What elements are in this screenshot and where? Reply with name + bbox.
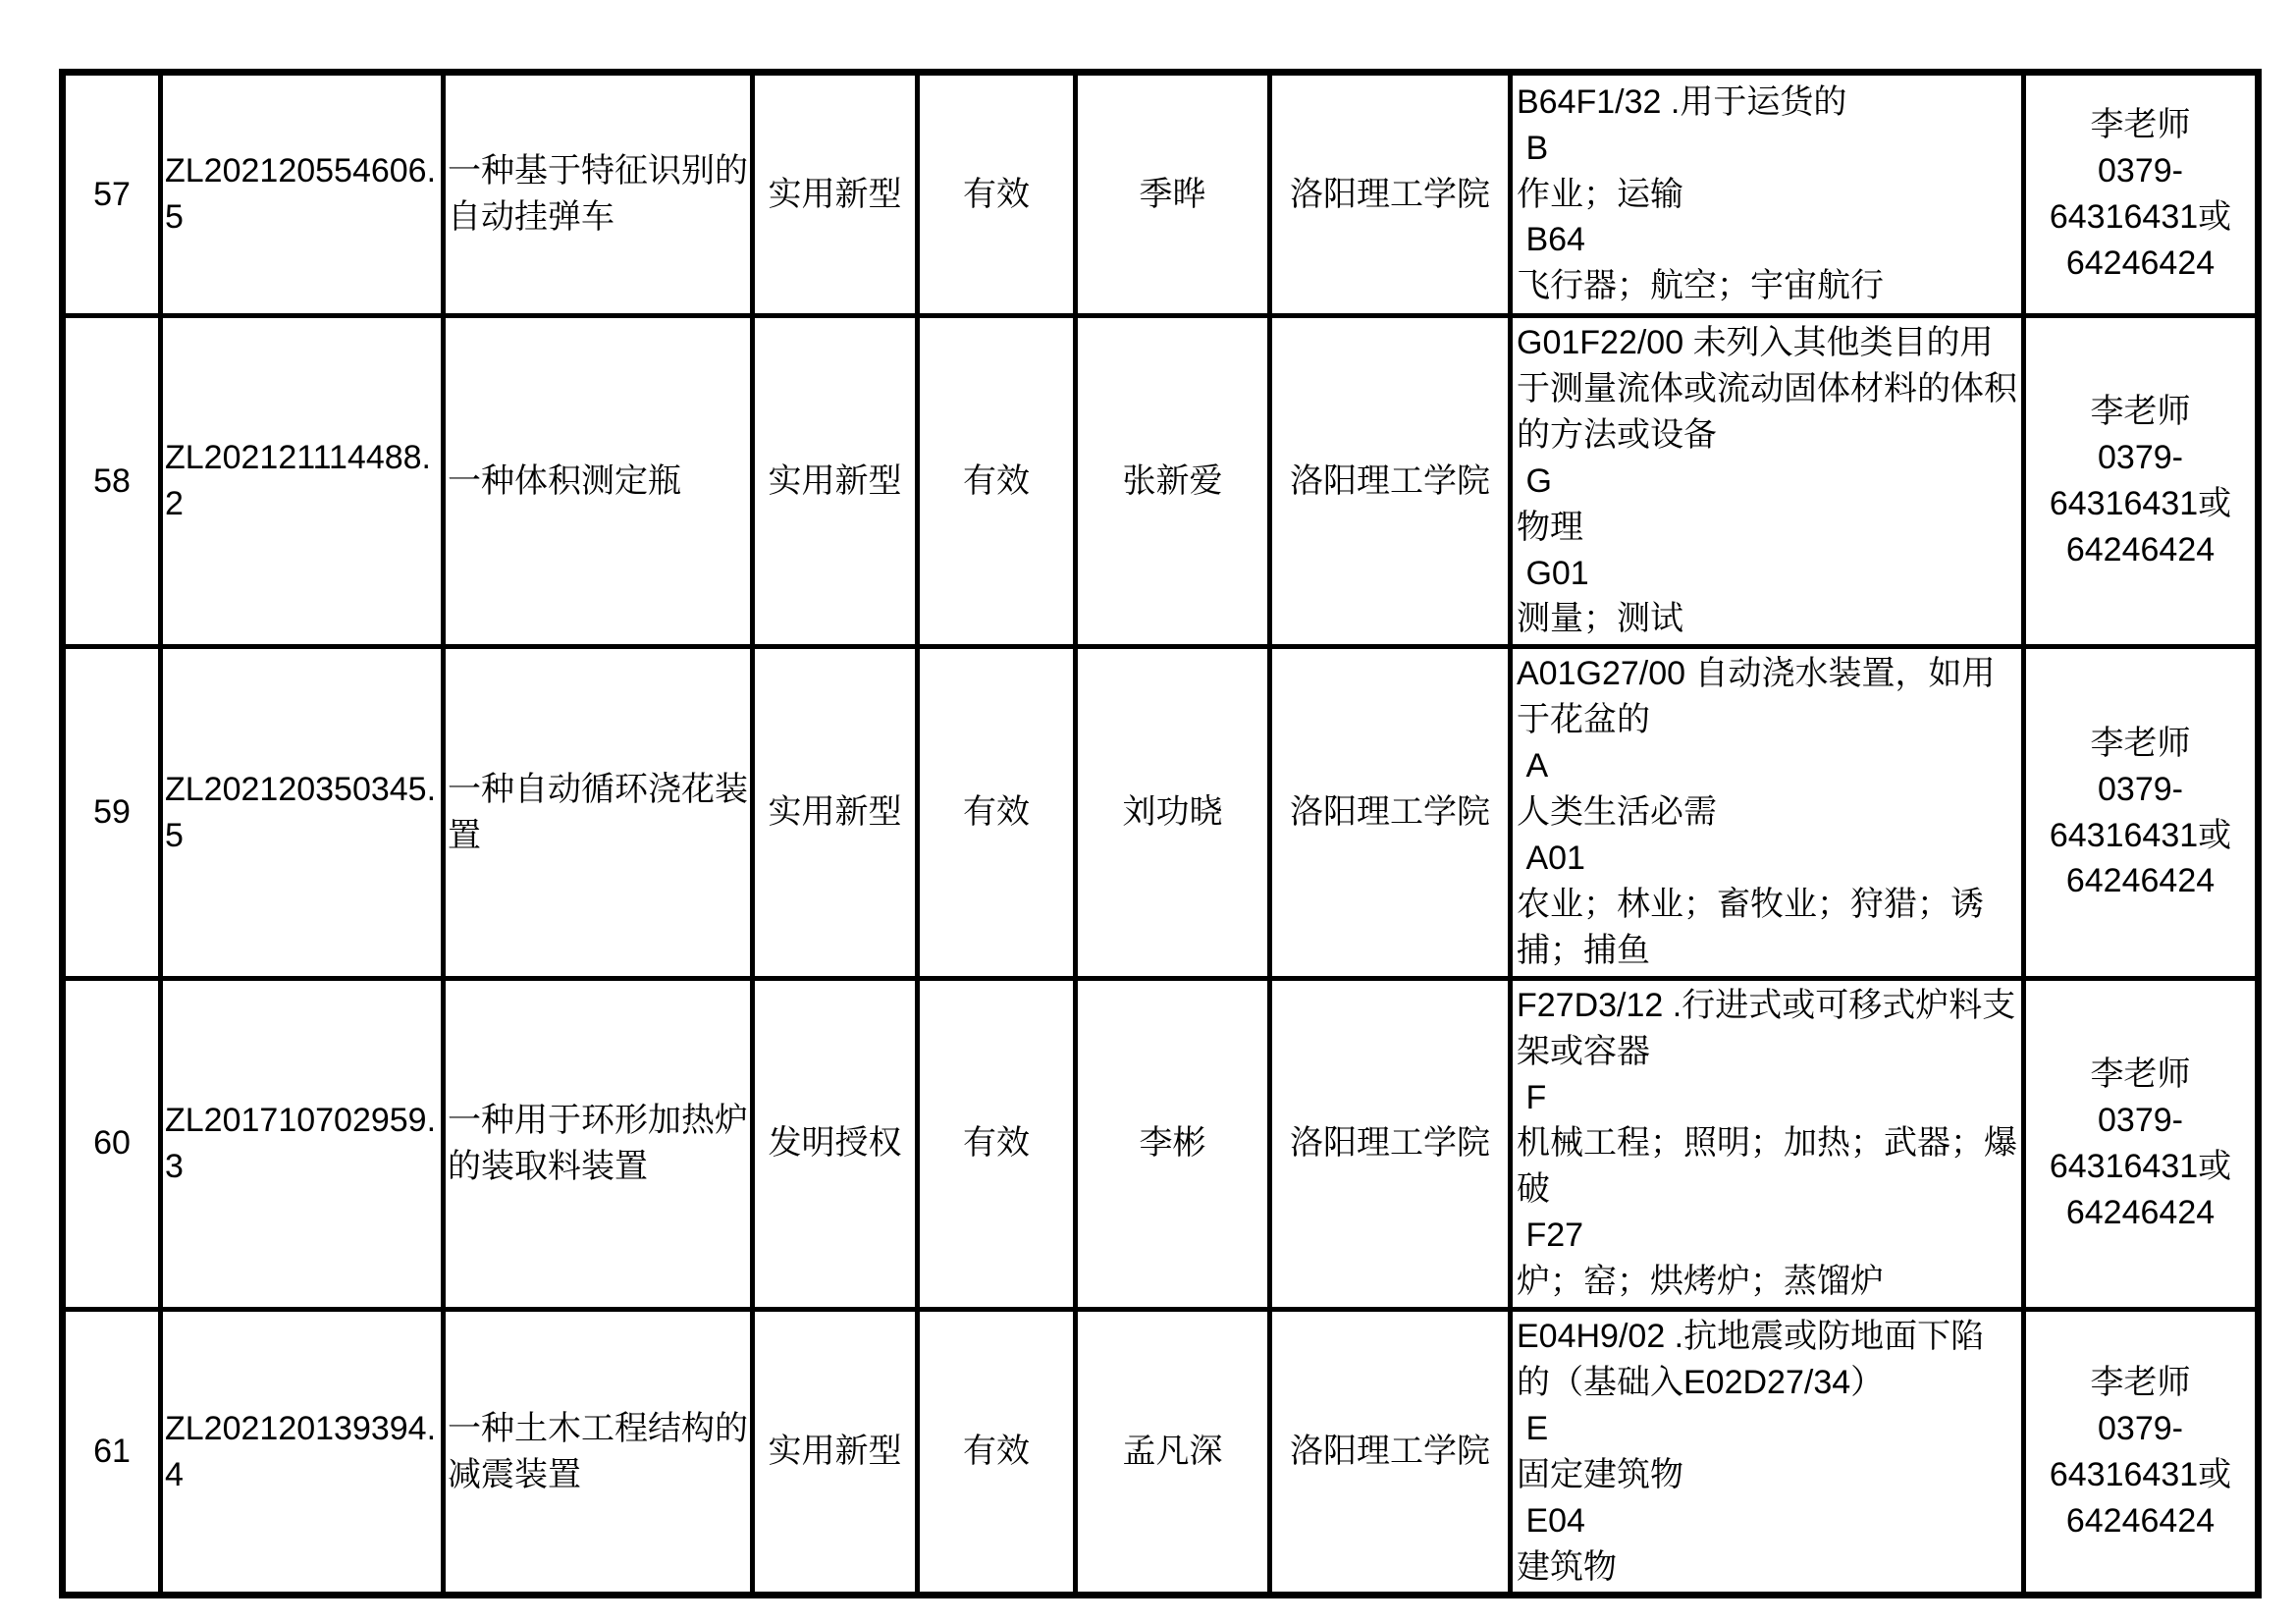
patent-type-cell: 实用新型 bbox=[753, 316, 918, 647]
patent-type-cell: 实用新型 bbox=[753, 647, 918, 978]
inventor-cell: 李彬 bbox=[1076, 978, 1270, 1309]
patent-title-cell: 一种用于环形加热炉的装取料装置 bbox=[444, 978, 753, 1309]
table-row: 57 ZL202120554606.5 一种基于特征识别的自动挂弹车 实用新型 … bbox=[63, 73, 2259, 316]
legal-status-cell: 有效 bbox=[918, 978, 1076, 1309]
contact-cell: 李老师 0379-64316431或64246424 bbox=[2024, 316, 2259, 647]
inventor-cell: 张新爱 bbox=[1076, 316, 1270, 647]
assignee-cell: 洛阳理工学院 bbox=[1270, 647, 1511, 978]
contact-cell: 李老师 0379-64316431或64246424 bbox=[2024, 73, 2259, 316]
legal-status-cell: 有效 bbox=[918, 316, 1076, 647]
classification-cell: F27D3/12 .行进式或可移式炉料支架或容器 F 机械工程；照明；加热；武器… bbox=[1511, 978, 2024, 1309]
classification-cell: E04H9/02 .抗地震或防地面下陷的（基础入E02D27/34） E 固定建… bbox=[1511, 1310, 2024, 1596]
classification-cell: A01G27/00 自动浇水装置，如用于花盆的 A 人类生活必需 A01 农业；… bbox=[1511, 647, 2024, 978]
patent-title-cell: 一种土木工程结构的减震装置 bbox=[444, 1310, 753, 1596]
legal-status-cell: 有效 bbox=[918, 1310, 1076, 1596]
table-row: 61 ZL202120139394.4 一种土木工程结构的减震装置 实用新型 有… bbox=[63, 1310, 2259, 1596]
patent-type-cell: 实用新型 bbox=[753, 1310, 918, 1596]
assignee-cell: 洛阳理工学院 bbox=[1270, 978, 1511, 1309]
classification-cell: G01F22/00 未列入其他类目的用于测量流体或流动固体材料的体积的方法或设备… bbox=[1511, 316, 2024, 647]
row-number-cell: 58 bbox=[63, 316, 161, 647]
table-row: 59 ZL202120350345.5 一种自动循环浇花装置 实用新型 有效 刘… bbox=[63, 647, 2259, 978]
patent-type-cell: 实用新型 bbox=[753, 73, 918, 316]
inventor-cell: 刘功晓 bbox=[1076, 647, 1270, 978]
assignee-cell: 洛阳理工学院 bbox=[1270, 1310, 1511, 1596]
patent-title-cell: 一种体积测定瓶 bbox=[444, 316, 753, 647]
patent-number-cell: ZL202120554606.5 bbox=[161, 73, 444, 316]
classification-cell: B64F1/32 .用于运货的 B 作业；运输 B64 飞行器；航空；宇宙航行 bbox=[1511, 73, 2024, 316]
patent-number-cell: ZL201710702959.3 bbox=[161, 978, 444, 1309]
table-row: 58 ZL202121114488.2 一种体积测定瓶 实用新型 有效 张新爱 … bbox=[63, 316, 2259, 647]
row-number-cell: 61 bbox=[63, 1310, 161, 1596]
patent-number-cell: ZL202120350345.5 bbox=[161, 647, 444, 978]
contact-cell: 李老师 0379-64316431或64246424 bbox=[2024, 647, 2259, 978]
legal-status-cell: 有效 bbox=[918, 647, 1076, 978]
inventor-cell: 孟凡深 bbox=[1076, 1310, 1270, 1596]
patent-number-cell: ZL202120139394.4 bbox=[161, 1310, 444, 1596]
assignee-cell: 洛阳理工学院 bbox=[1270, 316, 1511, 647]
row-number-cell: 59 bbox=[63, 647, 161, 978]
patent-number-cell: ZL202121114488.2 bbox=[161, 316, 444, 647]
inventor-cell: 季晔 bbox=[1076, 73, 1270, 316]
patent-title-cell: 一种基于特征识别的自动挂弹车 bbox=[444, 73, 753, 316]
table-row: 60 ZL201710702959.3 一种用于环形加热炉的装取料装置 发明授权… bbox=[63, 978, 2259, 1309]
assignee-cell: 洛阳理工学院 bbox=[1270, 73, 1511, 316]
patent-table: 57 ZL202120554606.5 一种基于特征识别的自动挂弹车 实用新型 … bbox=[59, 69, 2262, 1598]
patent-type-cell: 发明授权 bbox=[753, 978, 918, 1309]
contact-cell: 李老师 0379-64316431或64246424 bbox=[2024, 1310, 2259, 1596]
contact-cell: 李老师 0379-64316431或64246424 bbox=[2024, 978, 2259, 1309]
row-number-cell: 60 bbox=[63, 978, 161, 1309]
legal-status-cell: 有效 bbox=[918, 73, 1076, 316]
patent-title-cell: 一种自动循环浇花装置 bbox=[444, 647, 753, 978]
row-number-cell: 57 bbox=[63, 73, 161, 316]
